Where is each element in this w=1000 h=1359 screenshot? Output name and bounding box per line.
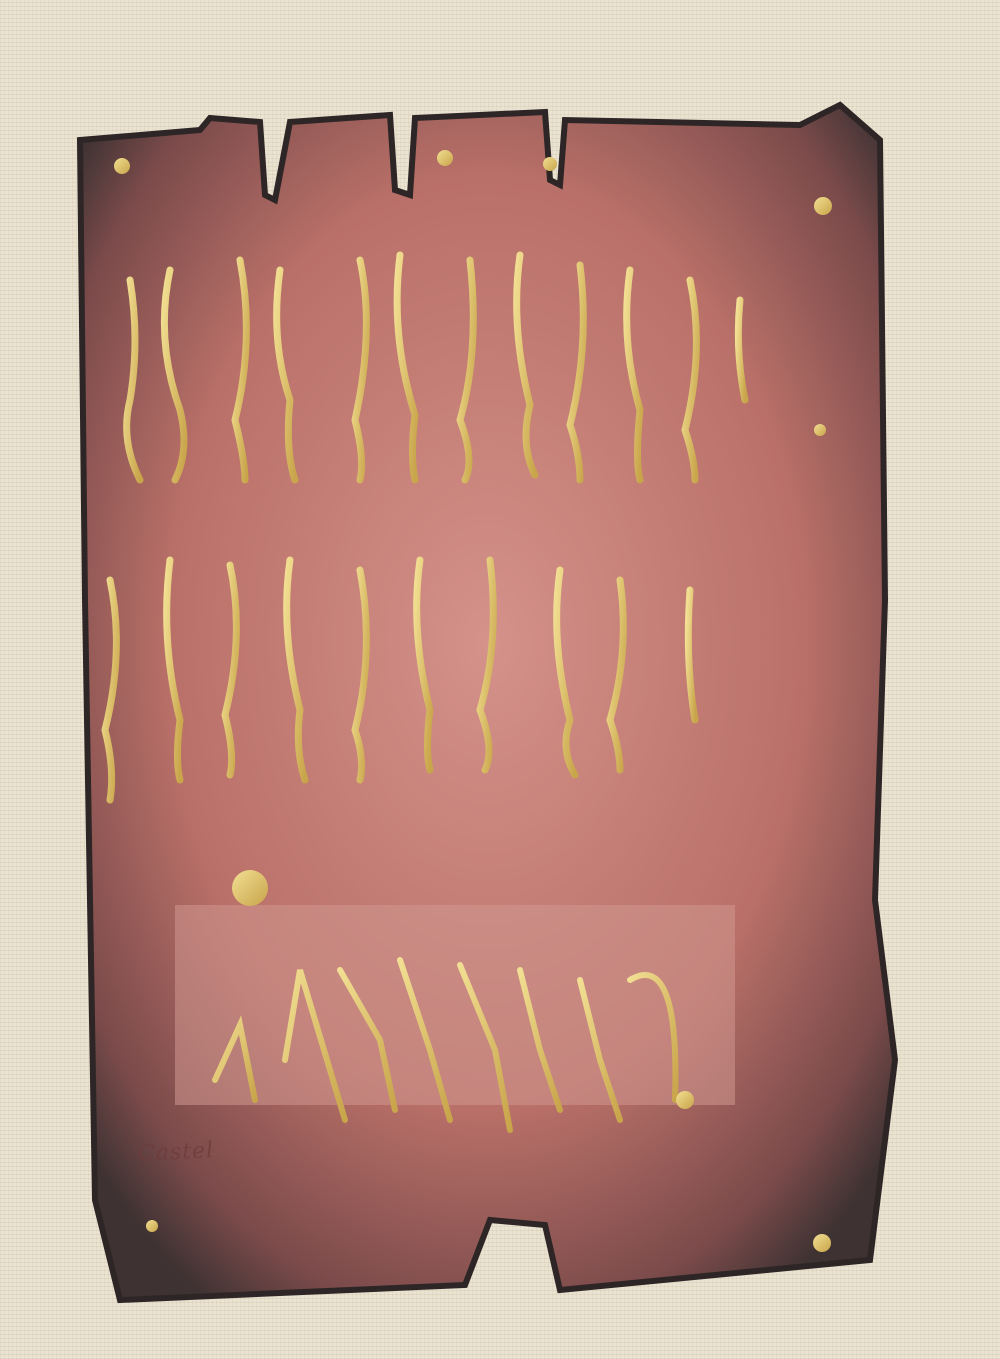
- artist-signature: Castel: [137, 1138, 214, 1167]
- inscription-panel: [175, 905, 735, 1105]
- plaque-body: [80, 105, 895, 1300]
